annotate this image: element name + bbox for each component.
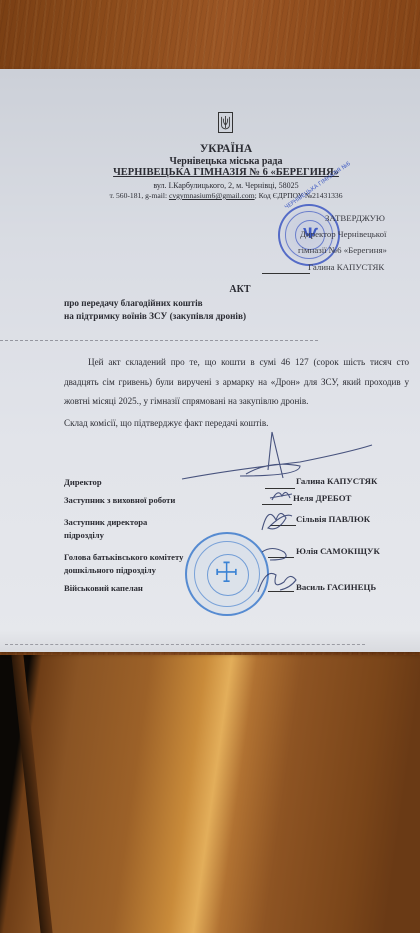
signature-director [182,432,372,479]
signature-gasynets [258,573,296,592]
signature-pavliuk [262,513,292,530]
signature-samokishchuk [262,549,286,561]
signature-drebot [270,492,292,500]
scan-artifact-footer-line [5,644,365,645]
